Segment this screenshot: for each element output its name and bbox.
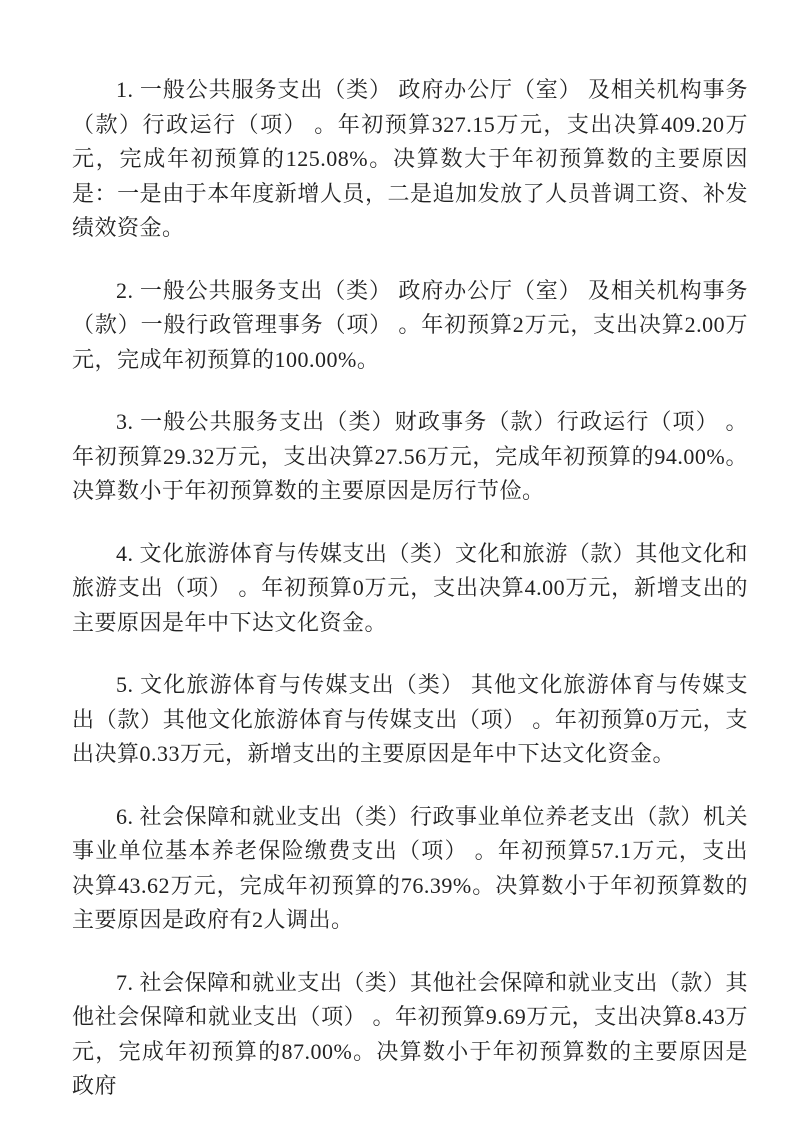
expense-item-paragraph-1: 1. 一般公共服务支出（类） 政府办公厅（室） 及相关机构事务（款）行政运行（项… (72, 73, 748, 246)
document-page: 1. 一般公共服务支出（类） 政府办公厅（室） 及相关机构事务（款）行政运行（项… (0, 0, 793, 1122)
expense-item-paragraph-5: 5. 文化旅游体育与传媒支出（类） 其他文化旅游体育与传媒支出（款）其他文化旅游… (72, 668, 748, 772)
expense-item-paragraph-7: 7. 社会保障和就业支出（类）其他社会保障和就业支出（款）其他社会保障和就业支出… (72, 966, 748, 1104)
expense-item-paragraph-2: 2. 一般公共服务支出（类） 政府办公厅（室） 及相关机构事务（款）一般行政管理… (72, 274, 748, 378)
expense-item-paragraph-3: 3. 一般公共服务支出（类）财政事务（款）行政运行（项） 。年初预算29.32万… (72, 405, 748, 509)
expense-item-paragraph-6: 6. 社会保障和就业支出（类）行政事业单位养老支出（款）机关事业单位基本养老保险… (72, 800, 748, 938)
expense-item-paragraph-4: 4. 文化旅游体育与传媒支出（类）文化和旅游（款）其他文化和旅游支出（项） 。年… (72, 537, 748, 641)
